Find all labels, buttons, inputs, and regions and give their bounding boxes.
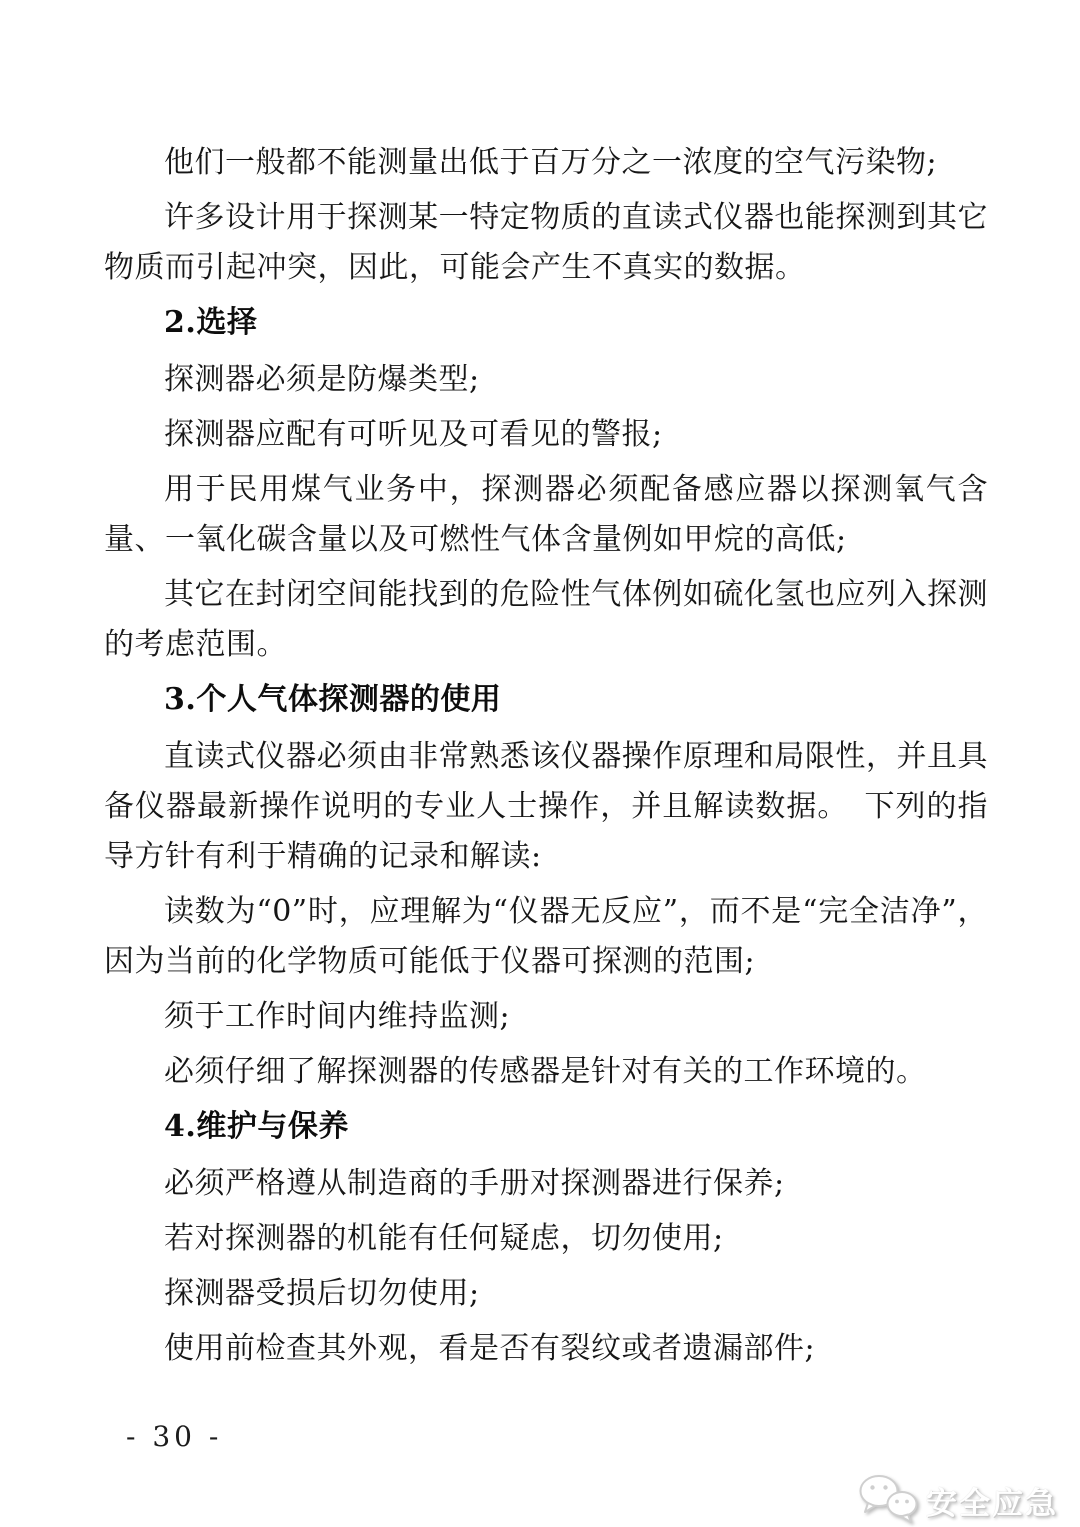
paragraph: 使用前检查其外观，看是否有裂纹或者遗漏部件;: [104, 1324, 988, 1374]
section-heading: 2.选择: [104, 298, 988, 348]
paragraph: 用于民用煤气业务中，探测器必须配备感应器以探测氧气含量、一氧化碳含量以及可燃性气…: [104, 465, 988, 565]
paragraph: 必须严格遵从制造商的手册对探测器进行保养;: [104, 1159, 988, 1209]
paragraph: 探测器应配有可听见及可看见的警报;: [104, 410, 988, 460]
document-page: 他们一般都不能测量出低于百万分之一浓度的空气污染物; 许多设计用于探测某一特定物…: [0, 0, 1080, 1527]
paragraph: 必须仔细了解探测器的传感器是针对有关的工作环境的。: [104, 1047, 988, 1097]
paragraph: 他们一般都不能测量出低于百万分之一浓度的空气污染物;: [104, 138, 988, 188]
watermark: 安全应急: [858, 1474, 1058, 1526]
paragraph: 须于工作时间内维持监测;: [104, 992, 988, 1042]
watermark-label: 安全应急: [926, 1478, 1058, 1523]
paragraph: 读数为“0”时，应理解为“仪器无反应”，而不是“完全洁净”，因为当前的化学物质可…: [104, 887, 988, 987]
paragraph: 其它在封闭空间能找到的危险性气体例如硫化氢也应列入探测的考虑范围。: [104, 570, 988, 670]
section-heading: 3.个人气体探测器的使用: [104, 675, 988, 725]
section-heading: 4.维护与保养: [104, 1102, 988, 1152]
paragraph: 许多设计用于探测某一特定物质的直读式仪器也能探测到其它物质而引起冲突，因此，可能…: [104, 193, 988, 293]
paragraph: 探测器必须是防爆类型;: [104, 355, 988, 405]
paragraph: 若对探测器的机能有任何疑虑，切勿使用;: [104, 1214, 988, 1264]
wechat-icon: [858, 1474, 920, 1526]
paragraph: 直读式仪器必须由非常熟悉该仪器操作原理和局限性，并且具备仪器最新操作说明的专业人…: [104, 732, 988, 882]
page-number: - 30 -: [126, 1420, 222, 1453]
paragraph: 探测器受损后切勿使用;: [104, 1269, 988, 1319]
document-body: 他们一般都不能测量出低于百万分之一浓度的空气污染物; 许多设计用于探测某一特定物…: [104, 138, 988, 1379]
